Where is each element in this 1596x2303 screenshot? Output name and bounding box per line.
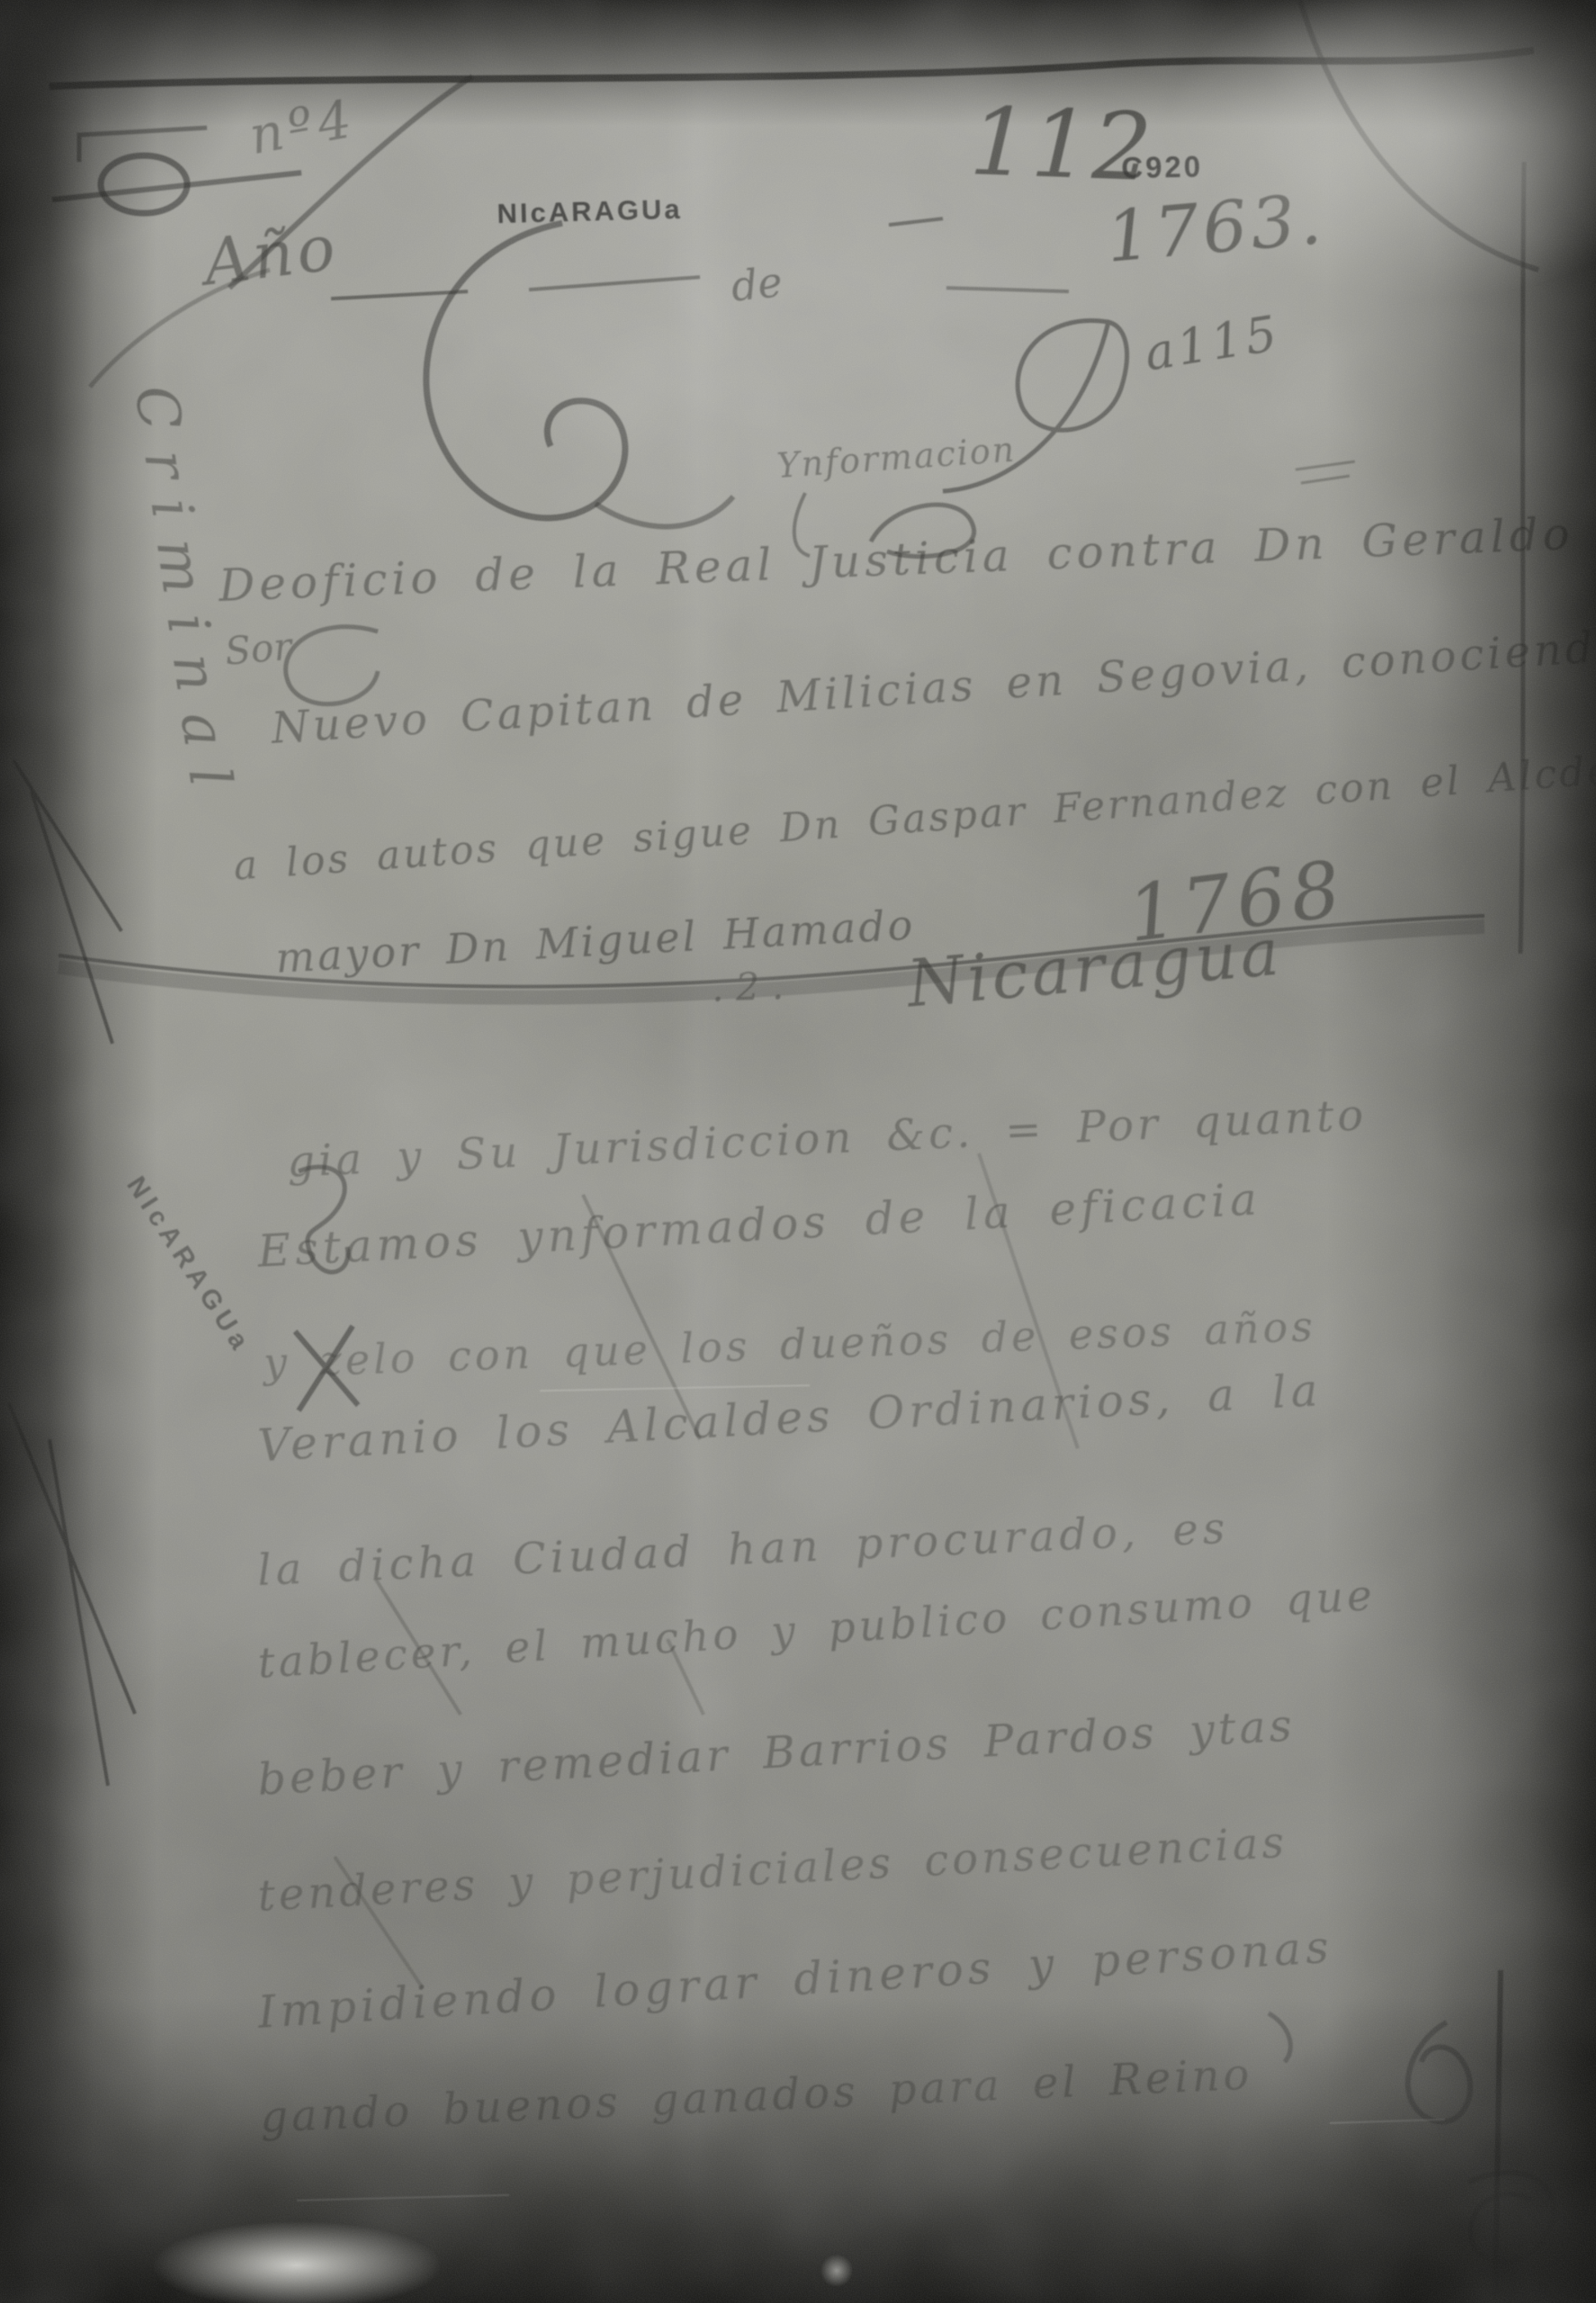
theta-crossbar [52,173,301,200]
flourish-corner-br [1468,2173,1554,2262]
corner-fold-crease [1300,0,1538,270]
flourish-initial-large [426,223,625,518]
header-dash-3 [889,219,943,225]
header-de: de [729,257,785,311]
header-dash-2 [529,277,700,290]
divider-mark: . 2 . [711,963,785,1010]
catalog-stamp: C920 [1121,149,1204,185]
scratch-light-1 [297,2195,509,2200]
manuscript-photo: nº4 NIcARAGUa 112 C920 Año de 1763. a115… [0,0,1596,2303]
flourish-s-loop [286,627,378,704]
margin-equals-mark [1296,461,1355,483]
flourish-g-scribble [1408,2022,1470,2122]
left-edge-threads-upper [13,760,121,1044]
right-fold-line-lower [1495,1970,1501,2303]
cover-line-sor: Sor [223,624,293,674]
underline-112 [946,288,1069,291]
nicaragua-top-stamp: NIcARAGUa [497,193,683,230]
flourish-initial-tail [596,497,733,526]
flourish-small-br [1269,2013,1290,2062]
top-torn-edge [49,50,1534,86]
left-edge-threads-lower [9,1403,135,1786]
scratch-light-3 [1330,2119,1445,2123]
